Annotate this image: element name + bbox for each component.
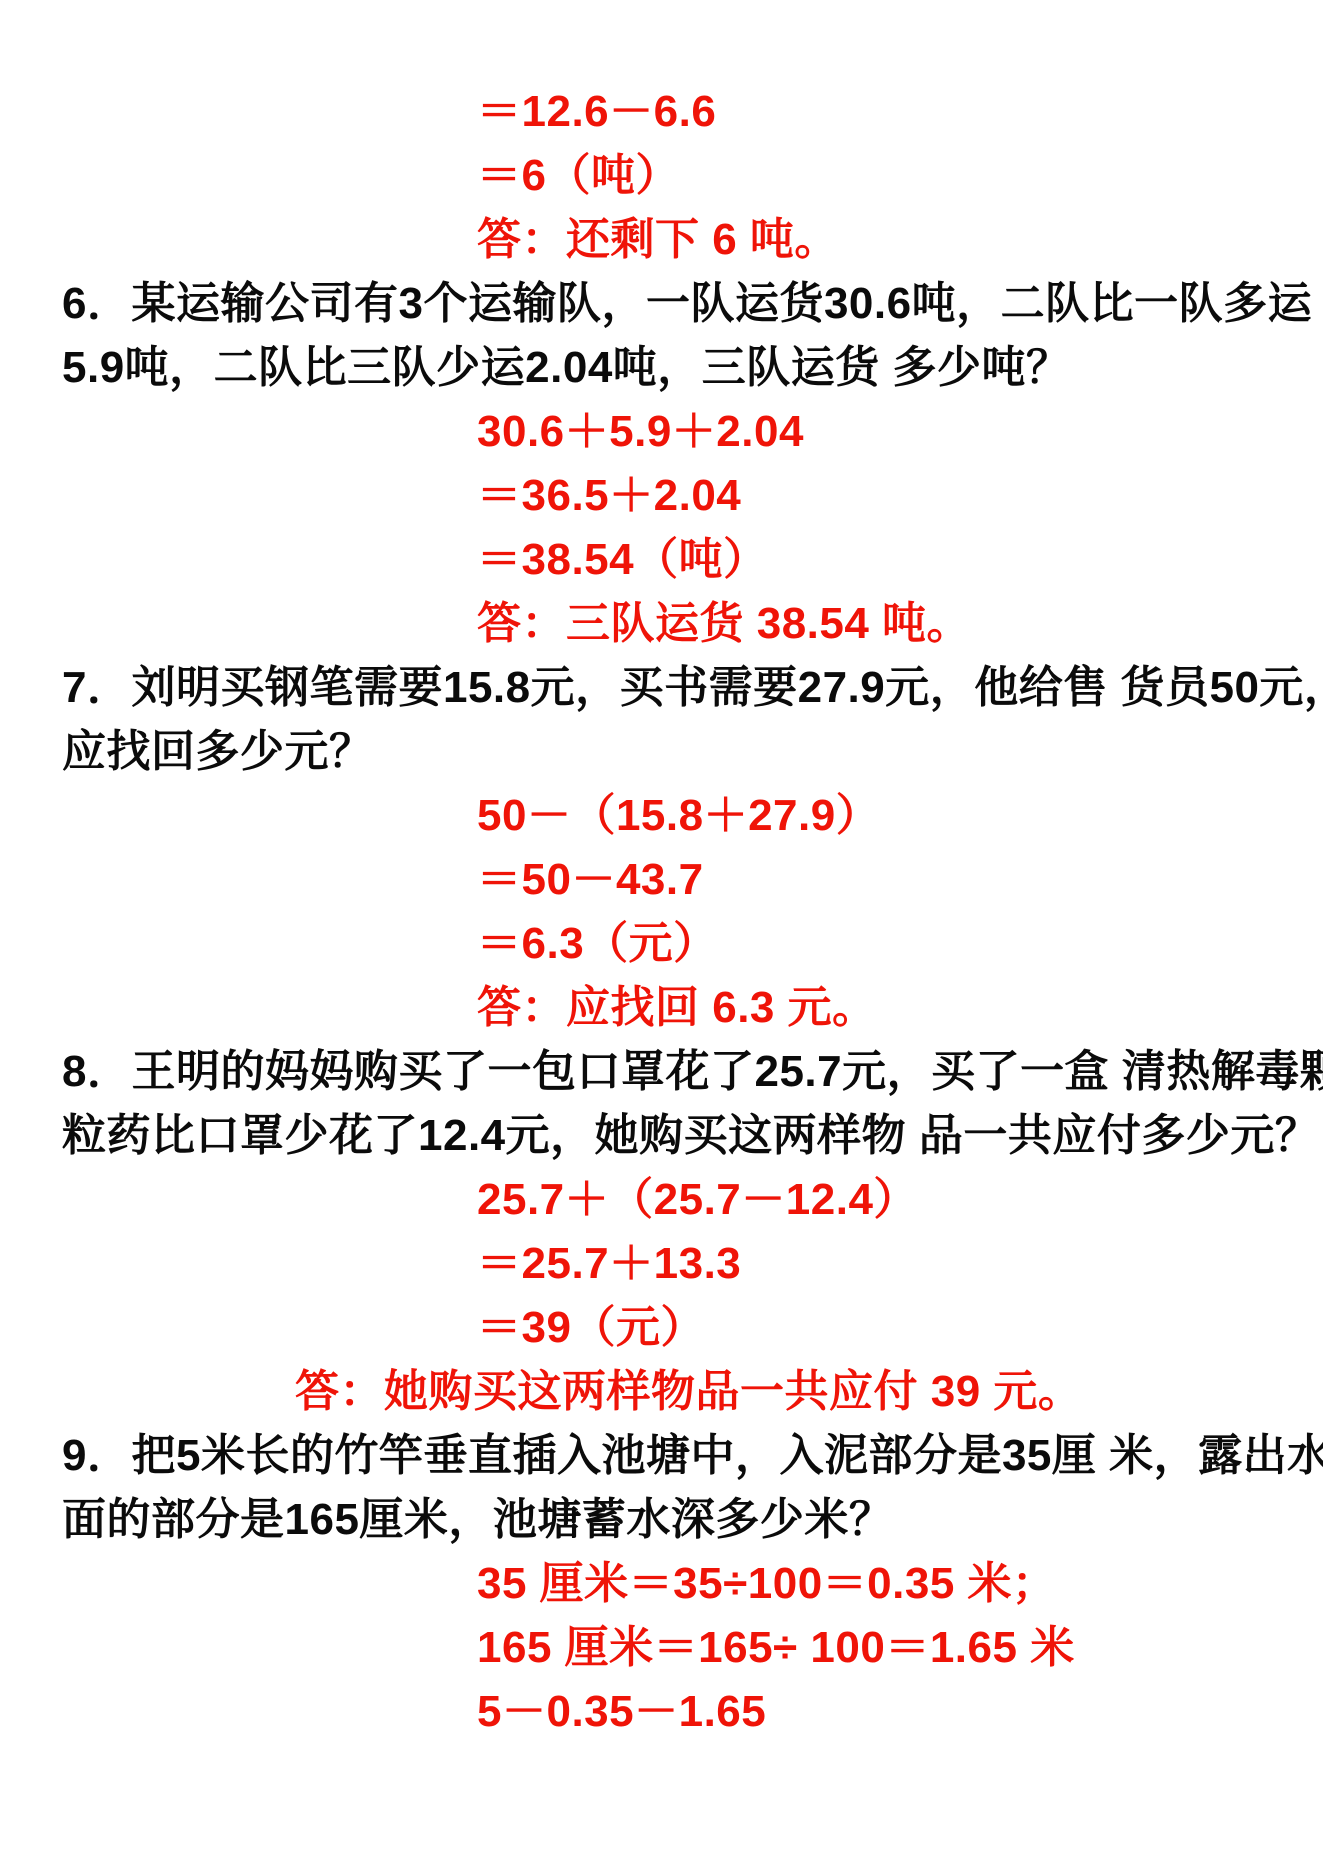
solution-step-line: ＝36.5＋2.04	[477, 464, 1323, 528]
worksheet-lines: ＝12.6－6.6＝6（吨）答：还剩下 6 吨。6．某运输公司有3个运输队，一队…	[0, 0, 1323, 1744]
answer-line: 答：还剩下 6 吨。	[477, 208, 1323, 272]
problem-text-line: 应找回多少元？	[62, 720, 1323, 784]
solution-step-line: ＝6（吨）	[477, 144, 1323, 208]
worksheet-page: ＝12.6－6.6＝6（吨）答：还剩下 6 吨。6．某运输公司有3个运输队，一队…	[0, 0, 1323, 1871]
solution-step-line: 30.6＋5.9＋2.04	[477, 400, 1323, 464]
solution-step-line: 50－（15.8＋27.9）	[477, 784, 1323, 848]
answer-line: 答：她购买这两样物品一共应付 39 元。	[295, 1360, 1323, 1424]
problem-text-line: 5.9吨，二队比三队少运2.04吨，三队运货 多少吨？	[62, 336, 1323, 400]
solution-step-line: 5－0.35－1.65	[477, 1680, 1323, 1744]
answer-line: 答：三队运货 38.54 吨。	[477, 592, 1323, 656]
problem-text-line: 9．把5米长的竹竿垂直插入池塘中，入泥部分是35厘 米，露出水	[62, 1424, 1323, 1488]
solution-step-line: ＝38.54（吨）	[477, 528, 1323, 592]
solution-step-line: ＝6.3（元）	[477, 912, 1323, 976]
solution-step-line: ＝39（元）	[477, 1296, 1323, 1360]
problem-text-line: 面的部分是165厘米，池塘蓄水深多少米？	[62, 1488, 1323, 1552]
problem-text-line: 粒药比口罩少花了12.4元，她购买这两样物 品一共应付多少元？	[62, 1104, 1323, 1168]
problem-text-line: 6．某运输公司有3个运输队，一队运货30.6吨，二队比一队多运	[62, 272, 1323, 336]
solution-step-line: 165 厘米＝165÷ 100＝1.65 米	[477, 1616, 1323, 1680]
solution-step-line: ＝50－43.7	[477, 848, 1323, 912]
solution-step-line: 35 厘米＝35÷100＝0.35 米；	[477, 1552, 1323, 1616]
solution-step-line: ＝12.6－6.6	[477, 80, 1323, 144]
problem-text-line: 7．刘明买钢笔需要15.8元，买书需要27.9元，他给售 货员50元，	[62, 656, 1323, 720]
answer-line: 答：应找回 6.3 元。	[477, 976, 1323, 1040]
solution-step-line: ＝25.7＋13.3	[477, 1232, 1323, 1296]
solution-step-line: 25.7＋（25.7－12.4）	[477, 1168, 1323, 1232]
problem-text-line: 8．王明的妈妈购买了一包口罩花了25.7元，买了一盒 清热解毒颗	[62, 1040, 1323, 1104]
